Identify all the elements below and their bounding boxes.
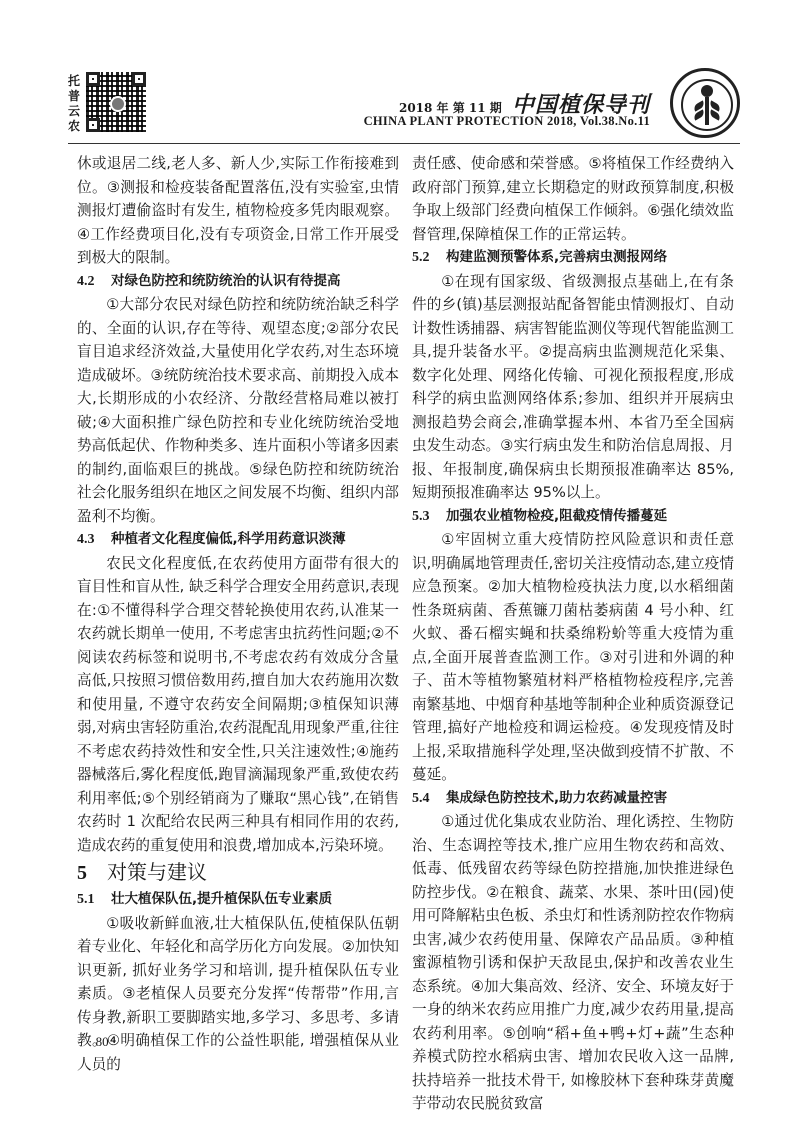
section-heading-4-3: 4.3种植者文化程度偏低,科学用药意识淡薄 xyxy=(77,528,399,552)
paragraph: ①吸收新鲜血液,壮大植保队伍,使植保队伍朝着专业化、年轻化和高学历化方向发展。②… xyxy=(77,912,399,1077)
journal-title-en: CHINA PLANT PROTECTION 2018, Vol.38.No.1… xyxy=(364,114,650,129)
qr-label: 托普云农 xyxy=(68,74,82,134)
paragraph: ①通过优化集成农业防治、理化诱控、生物防治、生态调控等技术,推广应用生物农药和高… xyxy=(412,810,734,1116)
page-header: 托普云农 2018 年 第 11 期 中国植保导刊 CHINA PLANT PR… xyxy=(68,68,740,140)
right-column: 责任感、使命感和荣誉感。⑤将植保工作经费纳入政府部门预算,建立长期稳定的财政预算… xyxy=(412,152,734,1116)
left-column: 休或退居二线,老人多、新人少,实际工作衔接难到位。③测报和检疫装备配置落伍,没有… xyxy=(77,152,399,1076)
section-heading-5-4: 5.4集成绿色防控技术,助力农药减量控害 xyxy=(412,787,734,811)
qr-code-icon xyxy=(86,72,146,132)
paragraph: ①在现有国家级、省级测报点基础上,在有条件的乡(镇)基层测报站配备智能虫情测报灯… xyxy=(412,270,734,505)
issue-number: 2018 年 第 11 期 xyxy=(399,101,502,115)
header-divider xyxy=(68,143,740,144)
paragraph: 农民文化程度低,在农药使用方面带有很大的盲目性和盲从性, 缺乏科学合理安全用药意… xyxy=(77,552,399,858)
section-heading-5-2: 5.2构建监测预警体系,完善病虫测报网络 xyxy=(412,246,734,270)
page-number: · 80 · xyxy=(88,1034,116,1050)
paragraph: ①牢固树立重大疫情防控风险意识和责任意识,明确属地管理责任,密切关注疫情动态,建… xyxy=(412,528,734,787)
section-heading-4-2: 4.2对绿色防控和统防统治的认识有待提高 xyxy=(77,270,399,294)
paragraph: ①大部分农民对绿色防控和统防统治缺乏科学的、全面的认识,存在等待、观望态度;②部… xyxy=(77,293,399,528)
paragraph: 休或退居二线,老人多、新人少,实际工作衔接难到位。③测报和检疫装备配置落伍,没有… xyxy=(77,152,399,270)
section-heading-5-3: 5.3加强农业植物检疫,阻截疫情传播蔓延 xyxy=(412,505,734,529)
journal-logo-icon xyxy=(670,68,740,138)
section-heading-5: 5对策与建议 xyxy=(77,857,399,888)
section-heading-5-1: 5.1壮大植保队伍,提升植保队伍专业素质 xyxy=(77,888,399,912)
paragraph: 责任感、使命感和荣誉感。⑤将植保工作经费纳入政府部门预算,建立长期稳定的财政预算… xyxy=(412,152,734,246)
